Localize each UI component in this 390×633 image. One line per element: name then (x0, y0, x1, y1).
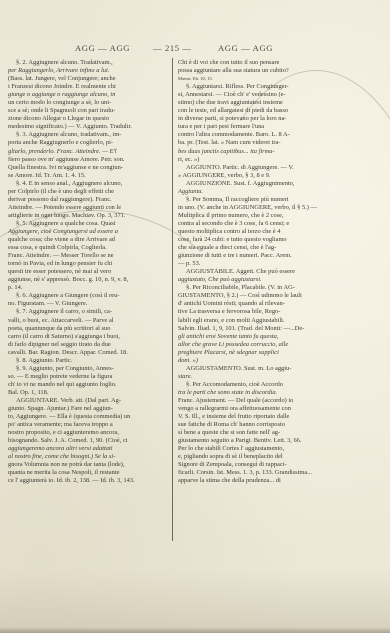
text-line: giunge o aggiunge o raggiunge alcuno, in (8, 91, 172, 99)
text-line: se Amore. Id. Tr. Am. 1. 4. 15. (8, 172, 172, 180)
text-line: sì bene a queste che si son fatte nell' … (178, 429, 328, 437)
text-line: di farlo dipigner nel seggio tirato da d… (8, 341, 172, 349)
text-line: porta anche Raggiugnerlo e coglierlo, pi… (8, 139, 172, 147)
text-line: con le teste, ed allargatesi di piedi da… (178, 107, 328, 115)
text-line: contra al secondo che è 3 cose, fa 6 cen… (178, 220, 328, 228)
text-line: che sia eguale a dieci censi, che è l'ag… (178, 244, 328, 252)
text-line: tura e per i pari pesi fermare l'una (178, 123, 328, 131)
text-line: §. Aggiuntarsi. Rifless. Per Congiunger- (178, 83, 328, 91)
text-line: Maestr. Eb. 10, 15. (178, 75, 328, 83)
text-line: stare. (178, 373, 328, 381)
running-head: AGG — AGG — 215 — AGG — AGG (0, 43, 390, 57)
text-line: gliarlo, prenderlo. Franc. Atteindre. — … (8, 148, 172, 156)
text-line: Aggiunta. (178, 188, 328, 196)
text-line: §. 9. Aggiunto, per Congiunto, Annes- (8, 365, 172, 373)
text-line: §. 6. Aggiugnere a Giungere (così il reu… (8, 292, 172, 300)
text-line: bisognando. Salv. J. A. Comed. 1, 90. (C… (8, 437, 172, 445)
text-line: bes duas junctis capitibus... ita firma- (178, 148, 328, 156)
text-line: derivar possono dal raggiungere). Franc. (8, 196, 172, 204)
text-line: — p. 53. (178, 260, 328, 268)
headword-line: AGGIUSTÀBILE. Aggett. Che può essere (178, 268, 328, 276)
text-line: Signore di Zempoala, conseguì di rappaci… (178, 461, 328, 469)
text-line: Atteindre. — Potendo essere aggiunti con… (8, 204, 172, 212)
text-line: Aggiungere, cioè Congiungersi ad essere … (8, 228, 172, 236)
text-line: per Raggiungerlo, Arrivare infino a lui. (8, 67, 172, 75)
text-line: §. Per Somma, Il raccogliere più numeri (178, 196, 328, 204)
text-line: ce l' aggiunterà io. Id. ib. 2, 138. — I… (8, 477, 172, 485)
text-line: §. 4. E in senso anal., Aggiugnere alcun… (8, 180, 172, 188)
text-line: §. 5. Aggiugnere a qualche cosa. Quasi (8, 220, 172, 228)
text-line: carro (il carro di Saturno) s'aggiunga i… (8, 333, 172, 341)
text-line: in uno. (V. anche in AGGIUNGERE, verbo, … (178, 204, 328, 212)
text-line: gli antichi eroi Sovente tanto fu questa… (178, 333, 328, 341)
text-line: labili egli erano, e con molti Aggiustab… (178, 317, 328, 325)
text-line: §. 3. Aggiugnere alcuno, tradativam., im… (8, 131, 172, 139)
right-guide-word: AGG — AGG (218, 43, 273, 53)
text-line: §. 2. Aggiugnere alcuno. Tradativam., (8, 59, 172, 67)
text-line: to, Aggiungere. — Ella è (questa commedi… (8, 413, 172, 421)
text-line: giustamento seguito a Parigi. Bentiv. Le… (178, 437, 328, 445)
text-line: e, pigliando sopra di sè il beneplacito … (178, 453, 328, 461)
text-line: (Bass. lat. Jungere, vel Conjungere; anc… (8, 75, 172, 83)
text-line: Chi è di voi che con tutto il suo pensar… (178, 59, 328, 67)
text-line: Salvin. Iliad. 1, 9, 101. (Trad. del Mon… (178, 325, 328, 333)
text-line: d' antichi Uomini rèsti; quando al rilev… (178, 300, 328, 308)
text-line: sue fatiche di Roma ch' hanno corrispost… (178, 421, 328, 429)
text-line: contro l'altra commodamente. Baro. L. 8 … (178, 131, 328, 139)
text-line: zione dicono Allegar o Llegar in questo (8, 115, 172, 123)
text-line: giunto. Spagn. Ajuntar.) Fare nel aggiun… (8, 405, 172, 413)
text-line: aggiunse, nè s' appressò. Bocc. g. 10, n… (8, 276, 172, 284)
text-line: tornò in Pavia, ed in lungo pensier fu c… (8, 260, 172, 268)
text-line: quanta ne merita la cosa Nespoli, il res… (8, 469, 172, 477)
text-line: essa cosa, e quindi Colpirla, Coglierla. (8, 244, 172, 252)
text-line: Quella finestra. Ivi m'aggiunse e ne con… (8, 164, 172, 172)
text-line: Multiplica il primo numero, che è 2 cose… (178, 212, 328, 220)
headword-line: AGGIUNZIÒNE. Sust. f. Aggiugnimento, (178, 180, 328, 188)
text-line: gnora Volumnia non ne potrà dar tanta (l… (8, 461, 172, 469)
text-line: Franc. Ajustement. — Del quale (accordo)… (178, 397, 328, 405)
text-line: ri, ec. ») (178, 156, 328, 164)
headword-line: AGGIUNTO. Partic. di Aggiungere. — V. (178, 164, 328, 172)
text-line: sce a sè; onde li Spagnuoli con pari tra… (8, 107, 172, 115)
text-line: fiero passo ove m' aggiunse Amore. Petr.… (8, 156, 172, 164)
column-divider (172, 58, 173, 541)
text-line: poeta, quantunque da più scrittori al su… (8, 325, 172, 333)
text-line: so. — E meglio potrete vederne la figura (8, 373, 172, 381)
text-line: stimo) che due travi aggiuntatesi insiem… (178, 99, 328, 107)
text-line: no. Figuratam. — V. Giungere. (8, 300, 172, 308)
headword-line: AGGIUNTARE. Verb. att. (Dal part. Ag- (8, 397, 172, 405)
text-line: §. 7. Aggiugnere il carro, o simili, ca- (8, 308, 172, 316)
text-line: medesimo significato.) — V. Aggiunto. Tr… (8, 123, 172, 131)
text-line: Bal. Op. 1, 118. (8, 389, 172, 397)
text-line: questo moltiplica contro al terzo che è … (178, 228, 328, 236)
text-line: preghiere Placarsi, nè sdegnar supplici (178, 349, 328, 357)
text-line: cose, farà 24 cubi: e tutto questo vogli… (178, 236, 328, 244)
text-line: aggiustato, Che può aggiustarsi. (178, 276, 328, 284)
text-line: §. 8. Aggiunto. Partic. (8, 357, 172, 365)
page-bottom-edge (0, 627, 390, 633)
text-line: po' antica veramente; ma faceva troppo a (8, 421, 172, 429)
text-line: aggiungeremo ancora altri versi adattati (8, 445, 172, 453)
text-line: apparve la stima che della prudenza... d… (178, 477, 328, 485)
left-column: §. 2. Aggiugnere alcuno. Tradativam., pe… (8, 59, 172, 485)
headword-line: AGGIUSTAMENTO. Sust. m. Lo aggiu- (178, 365, 328, 373)
text-line: giunzione di tutti e tre i numeri. Pacc.… (178, 252, 328, 260)
text-line: ficarli. Corsin. Ist. Mess. 1. 3, p. 133… (178, 469, 328, 477)
text-line: Per lo che stabilì Cortes l' aggiustamen… (178, 445, 328, 453)
text-line: nostro proposito, e ci aggiunteremo anco… (8, 429, 172, 437)
left-guide-word: AGG — AGG (75, 43, 130, 53)
book-page: AGG — AGG — 215 — AGG — AGG §. 2. Aggiug… (0, 0, 390, 633)
text-line: tra le parti che sono state in discordia… (178, 389, 328, 397)
text-line: questi tre esser potessero, nè mai al ve… (8, 268, 172, 276)
text-line: Franc. Atteindre. — Messer Torello se ne (8, 252, 172, 260)
text-line: artiglierie in ogni luogo. Machiav. Op. … (8, 212, 172, 220)
text-line: tive La trasversa e fervorosa bile, Rego… (178, 308, 328, 316)
text-line: i Franzesi dicono Joindre. E realmente c… (8, 83, 172, 91)
text-line: §. Per Accomodamento, cioè Accordo (178, 381, 328, 389)
text-line: al nostro fine, come che bisogni.) Se la… (8, 453, 172, 461)
text-line: allor che grave Li possedea corruccio, a… (178, 341, 328, 349)
text-line: in diverse parti, si potevano per la lor… (178, 115, 328, 123)
text-line: doni. ») (178, 357, 328, 365)
text-line: ba. pr. (Test. lat. » Nam cum videret tr… (178, 139, 328, 147)
text-line: ch' io vi ne mando nel qui aggiunto fogl… (8, 381, 172, 389)
text-line: si, Annestarsi. — Cioè ch' e' vedessino … (178, 91, 328, 99)
text-line: vengo a rallegrarmi ora affettuosamente … (178, 405, 328, 413)
text-line: per Colpirlo (il che è uno degli effetti… (8, 188, 172, 196)
text-line: possa aggiuntare alla sua statura un cub… (178, 67, 328, 75)
text-line: V. S. Ill., e insieme del frutto riporta… (178, 413, 328, 421)
text-line: qualche cosa; che viene a dire Arrivare … (8, 236, 172, 244)
text-line: GIUSTAMENTO, § 2.) — Così udimmo le laul… (178, 292, 328, 300)
text-line: p. 14. (8, 284, 172, 292)
text-line: valli, o buoi, ec. Attaccarveli. — Parve… (8, 317, 172, 325)
text-line: » AGGIUNGERE, verbo, § 3, 8 e 9. (178, 172, 328, 180)
text-line: cavalli. Bar. Ragion. Descr. Appar. Come… (8, 349, 172, 357)
text-line: un certo modo lo congiunge a sè, lo uni- (8, 99, 172, 107)
page-number: — 215 — (153, 43, 192, 53)
text-line: §. Per Riconciliabile, Placabile. (V. in… (178, 284, 328, 292)
right-column: Chi è di voi che con tutto il suo pensar… (178, 59, 328, 485)
